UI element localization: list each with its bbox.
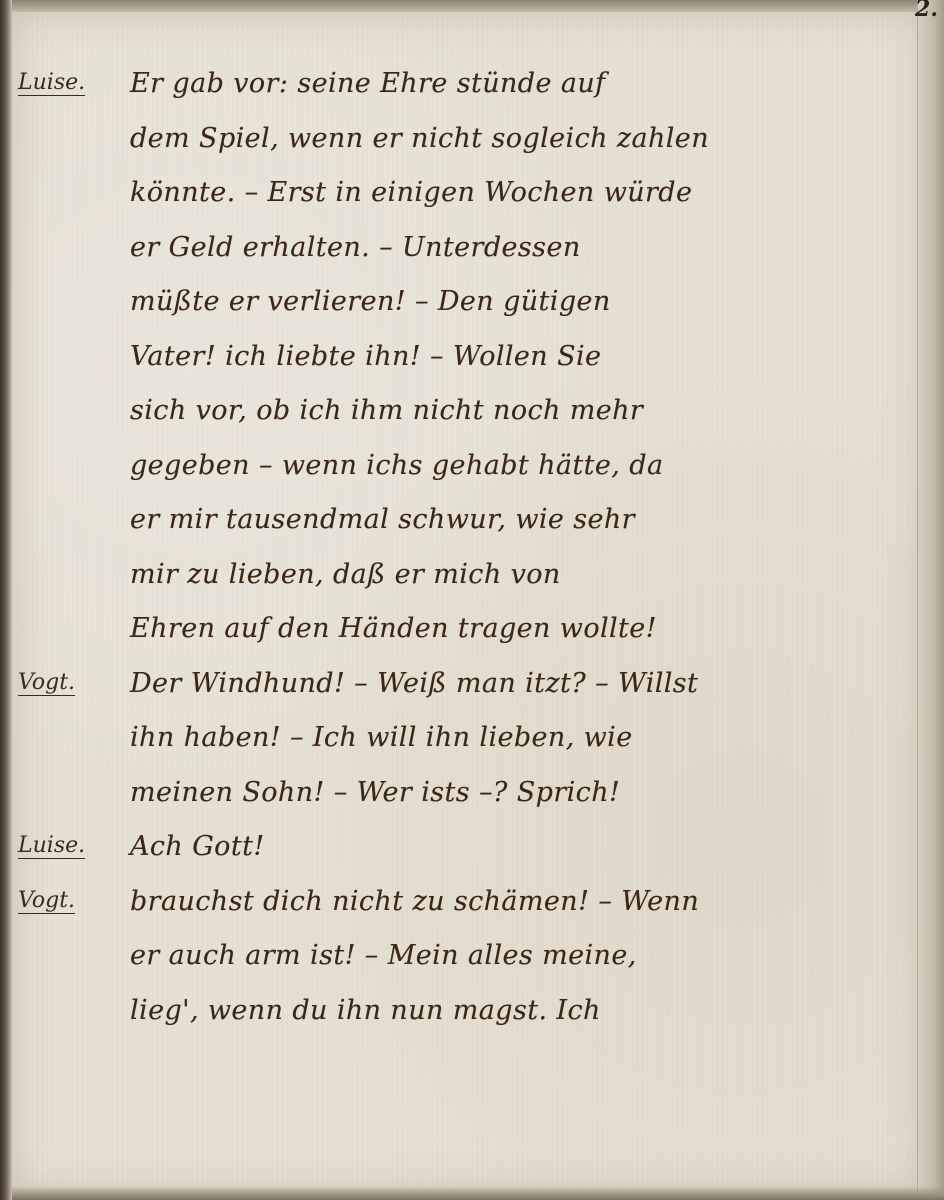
manuscript-line: Vogt. Der Windhund! – Weiß man itzt? – W… — [18, 662, 908, 717]
line-text: gegeben – wenn ichs gehabt hätte, da — [130, 450, 663, 481]
line-text: müßte er verlieren! – Den gütigen — [130, 286, 611, 317]
line-text: Ehren auf den Händen tragen wollte! — [130, 613, 657, 644]
line-text: dem Spiel, wenn er nicht sogleich zahlen — [130, 123, 709, 154]
manuscript-line: Vogt. brauchst dich nicht zu schämen! – … — [18, 880, 908, 935]
speaker-label: Vogt. — [18, 670, 118, 695]
line-text: könnte. – Erst in einigen Wochen würde — [130, 177, 692, 208]
line-text: meinen Sohn! – Wer ists –? Sprich! — [130, 777, 620, 808]
line-text: brauchst dich nicht zu schämen! – Wenn — [130, 886, 699, 917]
page-right-edge — [917, 0, 944, 1200]
line-text: er Geld erhalten. – Unterdessen — [130, 232, 581, 263]
manuscript-line: Ehren auf den Händen tragen wollte! — [18, 607, 908, 662]
manuscript-line: lieg', wenn du ihn nun magst. Ich — [18, 989, 908, 1044]
manuscript-page-frame: 2. Luise. Er gab vor: seine Ehre stünde … — [0, 0, 944, 1200]
manuscript-line: könnte. – Erst in einigen Wochen würde — [18, 171, 908, 226]
manuscript-line: Luise. Er gab vor: seine Ehre stünde auf — [18, 62, 908, 117]
manuscript-line: müßte er verlieren! – Den gütigen — [18, 280, 908, 335]
page-bottom-edge — [12, 1186, 944, 1200]
line-text: er auch arm ist! – Mein alles meine, — [130, 940, 637, 971]
line-text: er mir tausendmal schwur, wie sehr — [130, 504, 635, 535]
manuscript-line: Luise. Ach Gott! — [18, 825, 908, 880]
line-text: Der Windhund! – Weiß man itzt? – Willst — [130, 668, 698, 699]
manuscript-line: er Geld erhalten. – Unterdessen — [18, 226, 908, 281]
manuscript-line: ihn haben! – Ich will ihn lieben, wie — [18, 716, 908, 771]
line-text: sich vor, ob ich ihm nicht noch mehr — [130, 395, 643, 426]
line-text: Er gab vor: seine Ehre stünde auf — [130, 68, 606, 99]
manuscript-line: meinen Sohn! – Wer ists –? Sprich! — [18, 771, 908, 826]
page-number: 2. — [915, 0, 938, 22]
manuscript-line: er auch arm ist! – Mein alles meine, — [18, 934, 908, 989]
manuscript-line: gegeben – wenn ichs gehabt hätte, da — [18, 444, 908, 499]
manuscript-line: mir zu lieben, daß er mich von — [18, 553, 908, 608]
line-text: Vater! ich liebte ihn! – Wollen Sie — [130, 341, 601, 372]
line-text: ihn haben! – Ich will ihn lieben, wie — [130, 722, 633, 753]
speaker-label: Luise. — [18, 70, 118, 95]
line-text: Ach Gott! — [130, 831, 265, 862]
book-binding-edge — [0, 0, 12, 1200]
manuscript-line: er mir tausendmal schwur, wie sehr — [18, 498, 908, 553]
manuscript-line: dem Spiel, wenn er nicht sogleich zahlen — [18, 117, 908, 172]
speaker-label: Vogt. — [18, 888, 118, 913]
manuscript-text-block: Luise. Er gab vor: seine Ehre stünde auf… — [18, 62, 908, 1043]
line-text: mir zu lieben, daß er mich von — [130, 559, 561, 590]
speaker-label: Luise. — [18, 833, 118, 858]
manuscript-line: Vater! ich liebte ihn! – Wollen Sie — [18, 335, 908, 390]
manuscript-line: sich vor, ob ich ihm nicht noch mehr — [18, 389, 908, 444]
line-text: lieg', wenn du ihn nun magst. Ich — [130, 995, 601, 1026]
